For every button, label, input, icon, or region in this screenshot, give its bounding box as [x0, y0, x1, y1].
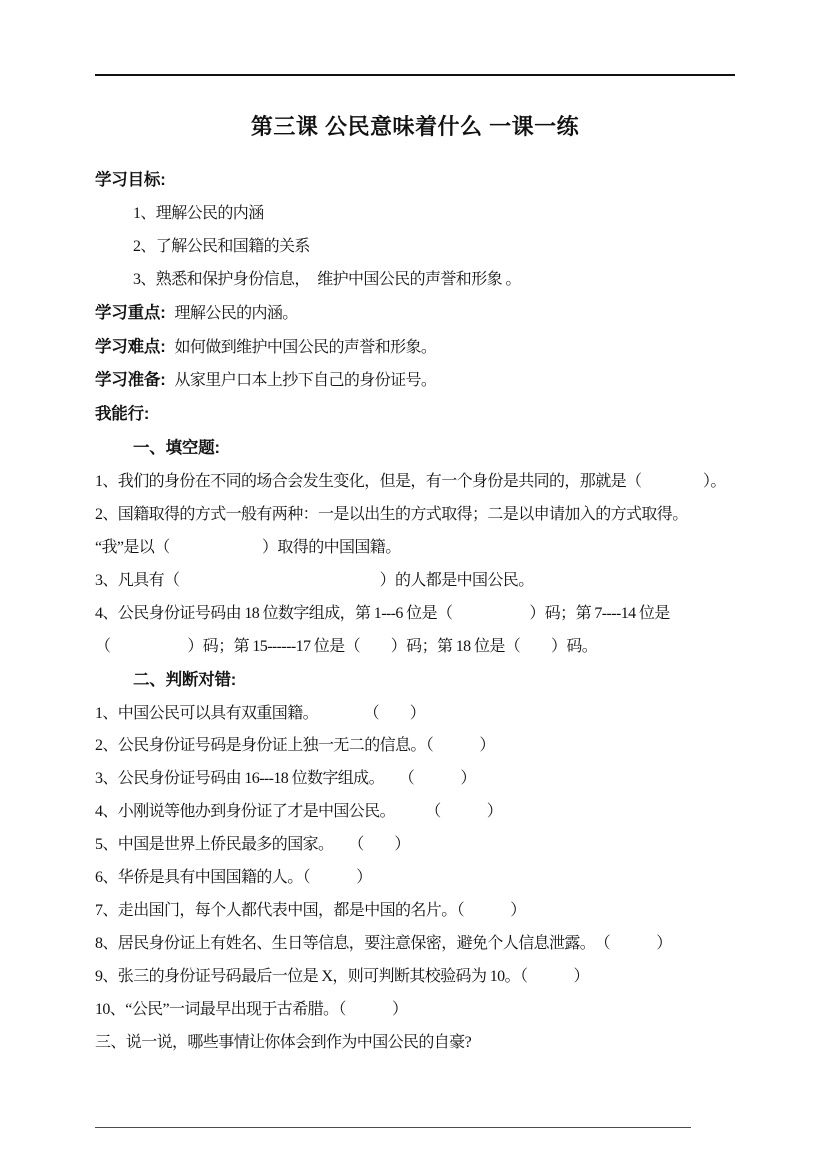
true-false-heading-text: 二、判断对错: — [133, 671, 236, 689]
fill-in-line: （ ）码；第 15------17 位是（ ）码；第 18 位是（ ）码。 — [95, 631, 755, 664]
discussion-line: 三、说一说，哪些事情让你体会到作为中国公民的自豪? — [95, 1027, 755, 1060]
true-false-line: 9、张三的身份证号码最后一位是 X，则可判断其校验码为 10。（ ） — [95, 961, 755, 994]
fill-in-line: 4、公民身份证号码由 18 位数字组成，第 1---6 位是（ ）码；第 7--… — [95, 598, 755, 631]
fill-in-heading: 一、填空题: — [95, 432, 755, 466]
preparation-text: 从家里户口本上抄下自己的身份证号。 — [175, 372, 437, 389]
document-content: 第三课 公民意味着什么 一课一练 学习目标: 1、理解公民的内涵 2、了解公民和… — [95, 110, 755, 1059]
fill-in-heading-text: 一、填空题: — [133, 439, 220, 457]
true-false-heading: 二、判断对错: — [95, 664, 755, 698]
fill-in-line: 3、凡具有（ ）的人都是中国公民。 — [95, 565, 755, 598]
true-false-line: 5、中国是世界上侨民最多的国家。 （ ） — [95, 829, 755, 862]
true-false-line: 8、居民身份证上有姓名、生日等信息，要注意保密，避免个人信息泄露。 （ ） — [95, 928, 755, 961]
fill-in-line: 2、国籍取得的方式一般有两种：一是以出生的方式取得；二是以申请加入的方式取得。 — [95, 499, 755, 532]
learning-goals-label-text: 学习目标: — [95, 171, 166, 189]
learning-goals-label: 学习目标: — [95, 164, 755, 198]
true-false-line: 2、公民身份证号码是身份证上独一无二的信息。（ ） — [95, 730, 755, 763]
footer-divider — [95, 1127, 691, 1128]
i-can-line: 我能行: — [95, 398, 755, 432]
fill-in-line: “我”是以（ ）取得的中国国籍。 — [95, 532, 755, 565]
i-can-label: 我能行: — [95, 405, 149, 423]
true-false-line: 1、中国公民可以具有双重国籍。 （ ） — [95, 698, 755, 731]
goal-item: 1、理解公民的内涵 — [95, 198, 755, 231]
page-title: 第三课 公民意味着什么 一课一练 — [95, 110, 735, 144]
true-false-line: 4、小刚说等他办到身份证了才是中国公民。 （ ） — [95, 796, 755, 829]
header-divider — [95, 74, 735, 76]
difficult-point-text: 如何做到维护中国公民的声誉和形象。 — [175, 339, 437, 356]
preparation-label: 学习准备: — [95, 371, 166, 389]
goal-item: 3、熟悉和保护身份信息， 维护中国公民的声誉和形象 。 — [95, 264, 755, 297]
true-false-line: 10、“公民”一词最早出现于古希腊。（ ） — [95, 994, 755, 1027]
true-false-line: 3、公民身份证号码由 16---18 位数字组成。 （ ） — [95, 763, 755, 796]
difficult-point-label: 学习难点: — [95, 338, 166, 356]
true-false-line: 7、走出国门，每个人都代表中国，都是中国的名片。（ ） — [95, 895, 755, 928]
key-point-label: 学习重点: — [95, 304, 166, 322]
goal-item: 2、了解公民和国籍的关系 — [95, 231, 755, 264]
true-false-line: 6、华侨是具有中国国籍的人。（ ） — [95, 862, 755, 895]
worksheet-page: 第三课 公民意味着什么 一课一练 学习目标: 1、理解公民的内涵 2、了解公民和… — [0, 0, 827, 1169]
preparation-line: 学习准备:从家里户口本上抄下自己的身份证号。 — [95, 364, 755, 398]
key-point-text: 理解公民的内涵。 — [175, 305, 298, 322]
difficult-point-line: 学习难点:如何做到维护中国公民的声誉和形象。 — [95, 331, 755, 365]
fill-in-line: 1、我们的身份在不同的场合会发生变化，但是，有一个身份是共同的，那就是（ ）。 — [95, 466, 755, 499]
key-point-line: 学习重点:理解公民的内涵。 — [95, 297, 755, 331]
